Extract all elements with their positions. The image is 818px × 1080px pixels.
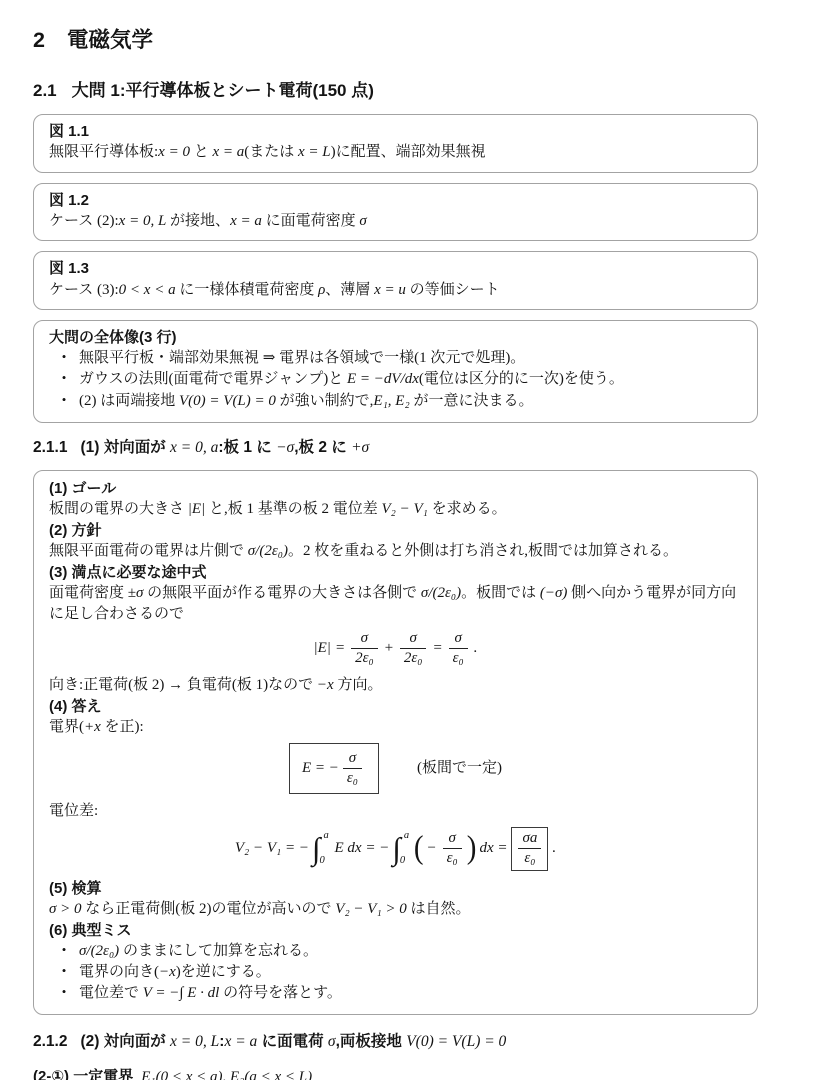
math-run: σ: [359, 213, 366, 229]
section-title: 電磁気学: [67, 28, 153, 52]
integral-sign: ∫a0: [392, 829, 412, 869]
fraction: σ2ε₀: [351, 630, 378, 668]
section-heading: 2電磁気学: [33, 28, 758, 54]
math-run: E dx = −: [335, 840, 390, 856]
integral-sign: ∫a0: [312, 829, 332, 869]
numerator: σ: [343, 750, 362, 769]
bullet-icon: •: [49, 983, 79, 1004]
denominator: 2ε₀: [351, 649, 378, 667]
text-run: に一様体積電荷密度: [176, 282, 319, 298]
sub-question-label: (2-①) 一定電界: [33, 1068, 133, 1080]
denominator: ε₀: [518, 849, 541, 867]
text-run: を求める。: [428, 501, 507, 517]
bullet-icon: •: [49, 941, 79, 962]
numerator: σ: [449, 630, 468, 649]
steps-label: (3) 満点に必要な途中式: [49, 562, 742, 583]
text-run: 。板間では: [461, 585, 540, 601]
equation-note: (板間で一定): [417, 760, 502, 776]
figure-box-1-3: 図 1.3 ケース (3):0 < x < a に一様体積電荷密度 ρ、薄層 x…: [33, 251, 758, 310]
math-run: E = −dV/dx: [347, 371, 419, 387]
boxed-result: σaε₀: [511, 827, 548, 871]
math-run: x = u: [374, 282, 406, 298]
text-run: 、薄層: [325, 282, 374, 298]
policy-label: (2) 方針: [49, 520, 742, 541]
math-run: σ/(2ε₀): [248, 543, 288, 559]
heading-text: (1) 対向面が: [80, 439, 170, 456]
list-item: • (2) は両端接地 V(0) = V(L) = 0 が強い制約で,E₁, E…: [49, 391, 742, 412]
mistake-2: 電界の向き(−x)を逆にする。: [79, 962, 742, 983]
list-item: • 電界の向き(−x)を逆にする。: [49, 962, 742, 983]
lower-limit: 0: [320, 854, 325, 869]
text-run: 電界の向き(: [79, 964, 159, 980]
math-run: σ/(2ε₀): [79, 943, 119, 959]
figure-1-2-caption: ケース (2):x = 0, L が接地、x = a に面電荷密度 σ: [49, 211, 742, 232]
overview-point-3: (2) は両端接地 V(0) = V(L) = 0 が強い制約で,E₁, E₂ …: [79, 391, 742, 412]
figure-box-1-2: 図 1.2 ケース (2):x = 0, L が接地、x = a に面電荷密度 …: [33, 183, 758, 242]
overview-title: 大問の全体像(3 行): [49, 327, 742, 348]
math-run: V₂ − V₁ = −: [235, 840, 309, 856]
figure-1-3-caption: ケース (3):0 < x < a に一様体積電荷密度 ρ、薄層 x = u の…: [49, 280, 742, 301]
math-run: −x: [159, 964, 176, 980]
fraction: σε₀: [449, 630, 468, 668]
right-paren: ): [467, 833, 477, 865]
numerator: σ: [443, 830, 462, 849]
steps-text: 面電荷密度 ±σ の無限平面が作る電界の大きさは各側で σ/(2ε₀)。板間では…: [49, 583, 742, 625]
math-run: −σ: [276, 439, 294, 456]
subsection-title: 大問 1:平行導体板とシート電荷(150 点): [72, 81, 374, 100]
bullet-icon: •: [49, 348, 79, 369]
math-run: +x: [84, 719, 101, 735]
math-run: +σ: [351, 439, 369, 456]
denominator: 2ε₀: [400, 649, 427, 667]
text-run: ケース (3):: [49, 282, 119, 298]
text-run: と,板 1 基準の板 2 電位差: [205, 501, 381, 517]
sub-question-2-1: (2-①) 一定電界E₁(0 < x < a), E₂(a < x < L): [33, 1065, 758, 1080]
fraction: σε₀: [343, 750, 362, 788]
text-run: の等価シート: [406, 282, 500, 298]
figure-1-3-label: 図 1.3: [49, 258, 742, 279]
denominator: ε₀: [343, 769, 362, 787]
subsubsection-2-1-2: 2.1.2(2) 対向面が x = 0, L:x = a に面電荷 σ,両板接地…: [33, 1032, 758, 1052]
boxed-formula: E = −σε₀: [289, 743, 379, 795]
equation-field-magnitude: |E|=σ2ε₀+σ2ε₀=σε₀.: [49, 630, 742, 668]
math-run: .: [552, 840, 556, 856]
goal-text: 板間の電界の大きさ |E| と,板 1 基準の板 2 電位差 V₂ − V₁ を…: [49, 499, 742, 520]
check-text: σ > 0 なら正電荷側(板 2)の電位が高いので V₂ − V₁ > 0 は自…: [49, 899, 742, 920]
math-run: x = L: [298, 144, 331, 160]
list-item: • 電位差で V = −∫ E · dl の符号を落とす。: [49, 983, 742, 1004]
math-run: −: [427, 840, 437, 856]
equation-potential-difference: V₂ − V₁ = −∫a0E dx = −∫a0(−σε₀)dx =σaε₀.: [49, 827, 742, 871]
overview-point-2: ガウスの法則(面電荷で電界ジャンプ)と E = −dV/dx(電位は区分的に一次…: [79, 369, 742, 390]
list-item: • σ/(2ε₀) のままにして加算を忘れる。: [49, 941, 742, 962]
bullet-icon: •: [49, 391, 79, 412]
math-run: =: [432, 640, 442, 656]
fraction: σ2ε₀: [400, 630, 427, 668]
text-run: 。2 枚を重ねると外側は打ち消され,板間では加算される。: [288, 543, 678, 559]
math-run: x = 0, L: [170, 1033, 219, 1050]
text-run: )に配置、端部効果無視: [331, 144, 486, 160]
denominator: ε₀: [449, 649, 468, 667]
text-run: を正):: [101, 719, 144, 735]
numerator: σa: [518, 830, 541, 849]
check-label: (5) 検算: [49, 878, 742, 899]
math-run: ±σ: [128, 585, 144, 601]
text-run: (または: [244, 144, 298, 160]
text-run: 面電荷密度: [49, 585, 128, 601]
subsubsection-2-1-1: 2.1.1(1) 対向面が x = 0, a:板 1 に −σ,板 2 に +σ: [33, 438, 758, 458]
math-run: 0 < x < a: [119, 282, 176, 298]
lower-limit: 0: [400, 854, 405, 869]
math-run: V(0) = V(L) = 0: [406, 1033, 506, 1050]
solution-box: (1) ゴール 板間の電界の大きさ |E| と,板 1 基準の板 2 電位差 V…: [33, 470, 758, 1015]
subsubsection-number: 2.1.2: [33, 1033, 67, 1050]
field-intro-text: 電界(+x を正):: [49, 717, 742, 738]
overview-point-1: 無限平行板・端部効果無視 ⇒ 電界は各領域で一様(1 次元で処理)。: [79, 348, 742, 369]
text-run: 電位差で: [79, 985, 143, 1001]
heading-text: に面電荷: [257, 1033, 328, 1050]
math-run: E₁, E₂: [373, 393, 409, 409]
math-run: dx =: [479, 840, 507, 856]
math-run: V₂ − V₁ > 0: [335, 901, 407, 917]
text-run: と: [190, 144, 213, 160]
direction-text: 向き:正電荷(板 2) → 負電荷(板 1)なので −x 方向。: [49, 675, 742, 696]
text-run: 板間の電界の大きさ: [49, 501, 188, 517]
text-run: (電位は区分的に一次)を使う。: [419, 371, 624, 387]
text-run: (2) は両端接地: [79, 393, 179, 409]
math-run: V₂ − V₁: [381, 501, 427, 517]
math-run: σ/(2ε₀): [421, 585, 461, 601]
math-run: x = 0, L: [119, 213, 167, 229]
answer-label: (4) 答え: [49, 696, 742, 717]
upper-limit: a: [404, 829, 409, 844]
text-run: の符号を落とす。: [219, 985, 342, 1001]
math-run: x = a: [224, 1033, 257, 1050]
section-number: 2: [33, 28, 45, 52]
text-run: は自然。: [407, 901, 471, 917]
numerator: σ: [400, 630, 427, 649]
subsubsection-number: 2.1.1: [33, 439, 67, 456]
equation-field-answer: E = −σε₀(板間で一定): [49, 743, 742, 795]
text-run: が接地、: [166, 213, 230, 229]
math-run: =: [335, 640, 345, 656]
page: 2電磁気学 2.1大問 1:平行導体板とシート電荷(150 点) 図 1.1 無…: [0, 0, 818, 1080]
math-run: E₁(0 < x < a), E₂(a < x < L): [141, 1069, 312, 1080]
heading-text: :板 1 に: [218, 439, 276, 456]
heading-text: (2) 対向面が: [80, 1033, 170, 1050]
integral-limits: a0: [401, 829, 412, 869]
text-run: 無限平行板・端部効果無視 ⇒ 電界は各領域で一様(1 次元で処理)。: [79, 350, 525, 366]
text-run: ケース (2):: [49, 213, 119, 229]
heading-text: ,両板接地: [336, 1033, 407, 1050]
upper-limit: a: [324, 829, 329, 844]
text-run: 無限平面電荷の電界は片側で: [49, 543, 248, 559]
text-run: )を逆にする。: [176, 964, 271, 980]
overview-box: 大問の全体像(3 行) • 無限平行板・端部効果無視 ⇒ 電界は各領域で一様(1…: [33, 320, 758, 423]
math-run: x = a: [230, 213, 262, 229]
math-run: −x: [317, 677, 334, 693]
text-run: ガウスの法則(面電荷で電界ジャンプ)と: [79, 371, 347, 387]
math-run: x = 0, a: [170, 439, 218, 456]
math-run: |E|: [188, 501, 205, 517]
math-run: V(0) = V(L) = 0: [179, 393, 276, 409]
math-run: (−σ): [540, 585, 568, 601]
math-run: V = −∫ E · dl: [143, 985, 220, 1001]
figure-1-1-label: 図 1.1: [49, 121, 742, 142]
numerator: σ: [351, 630, 378, 649]
figure-box-1-1: 図 1.1 無限平行導体板:x = 0 と x = a(または x = L)に配…: [33, 114, 758, 173]
text-run: 無限平行導体板:: [49, 144, 158, 160]
text-run: が一意に決まる。: [410, 393, 534, 409]
mistake-3: 電位差で V = −∫ E · dl の符号を落とす。: [79, 983, 742, 1004]
math-run: σ: [328, 1033, 336, 1050]
text-run: 電界(: [49, 719, 84, 735]
text-run: 向き:正電荷(板 2) → 負電荷(板 1)なので: [49, 677, 317, 693]
math-run: x = a: [212, 144, 244, 160]
subsection-heading: 2.1大問 1:平行導体板とシート電荷(150 点): [33, 80, 758, 101]
list-item: • ガウスの法則(面電荷で電界ジャンプ)と E = −dV/dx(電位は区分的に…: [49, 369, 742, 390]
math-run: x = 0: [158, 144, 190, 160]
mistake-1: σ/(2ε₀) のままにして加算を忘れる。: [79, 941, 742, 962]
figure-1-1-caption: 無限平行導体板:x = 0 と x = a(または x = L)に配置、端部効果…: [49, 142, 742, 163]
policy-text: 無限平面電荷の電界は片側で σ/(2ε₀)。2 枚を重ねると外側は打ち消され,板…: [49, 541, 742, 562]
figure-1-2-label: 図 1.2: [49, 190, 742, 211]
text-run: が強い制約で,: [276, 393, 374, 409]
text-run: に面電荷密度: [262, 213, 360, 229]
bullet-icon: •: [49, 369, 79, 390]
mistakes-label: (6) 典型ミス: [49, 920, 742, 941]
math-run: E = −: [302, 760, 339, 776]
heading-text: ,板 2 に: [294, 439, 351, 456]
potential-intro-text: 電位差:: [49, 801, 742, 822]
math-run: +: [384, 640, 394, 656]
text-run: の無限平面が作る電界の大きさは各側で: [143, 585, 421, 601]
math-run: .: [474, 640, 478, 656]
text-run: のままにして加算を忘れる。: [119, 943, 318, 959]
subsection-number: 2.1: [33, 81, 57, 100]
text-run: 方向。: [334, 677, 383, 693]
bullet-icon: •: [49, 962, 79, 983]
math-run: σ > 0: [49, 901, 82, 917]
math-run: |E|: [314, 640, 331, 656]
fraction: σε₀: [443, 830, 462, 868]
fraction: σaε₀: [518, 830, 541, 868]
text-run: なら正電荷側(板 2)の電位が高いので: [82, 901, 336, 917]
list-item: • 無限平行板・端部効果無視 ⇒ 電界は各領域で一様(1 次元で処理)。: [49, 348, 742, 369]
goal-label: (1) ゴール: [49, 478, 742, 499]
integral-limits: a0: [321, 829, 332, 869]
denominator: ε₀: [443, 849, 462, 867]
left-paren: (: [414, 833, 424, 865]
